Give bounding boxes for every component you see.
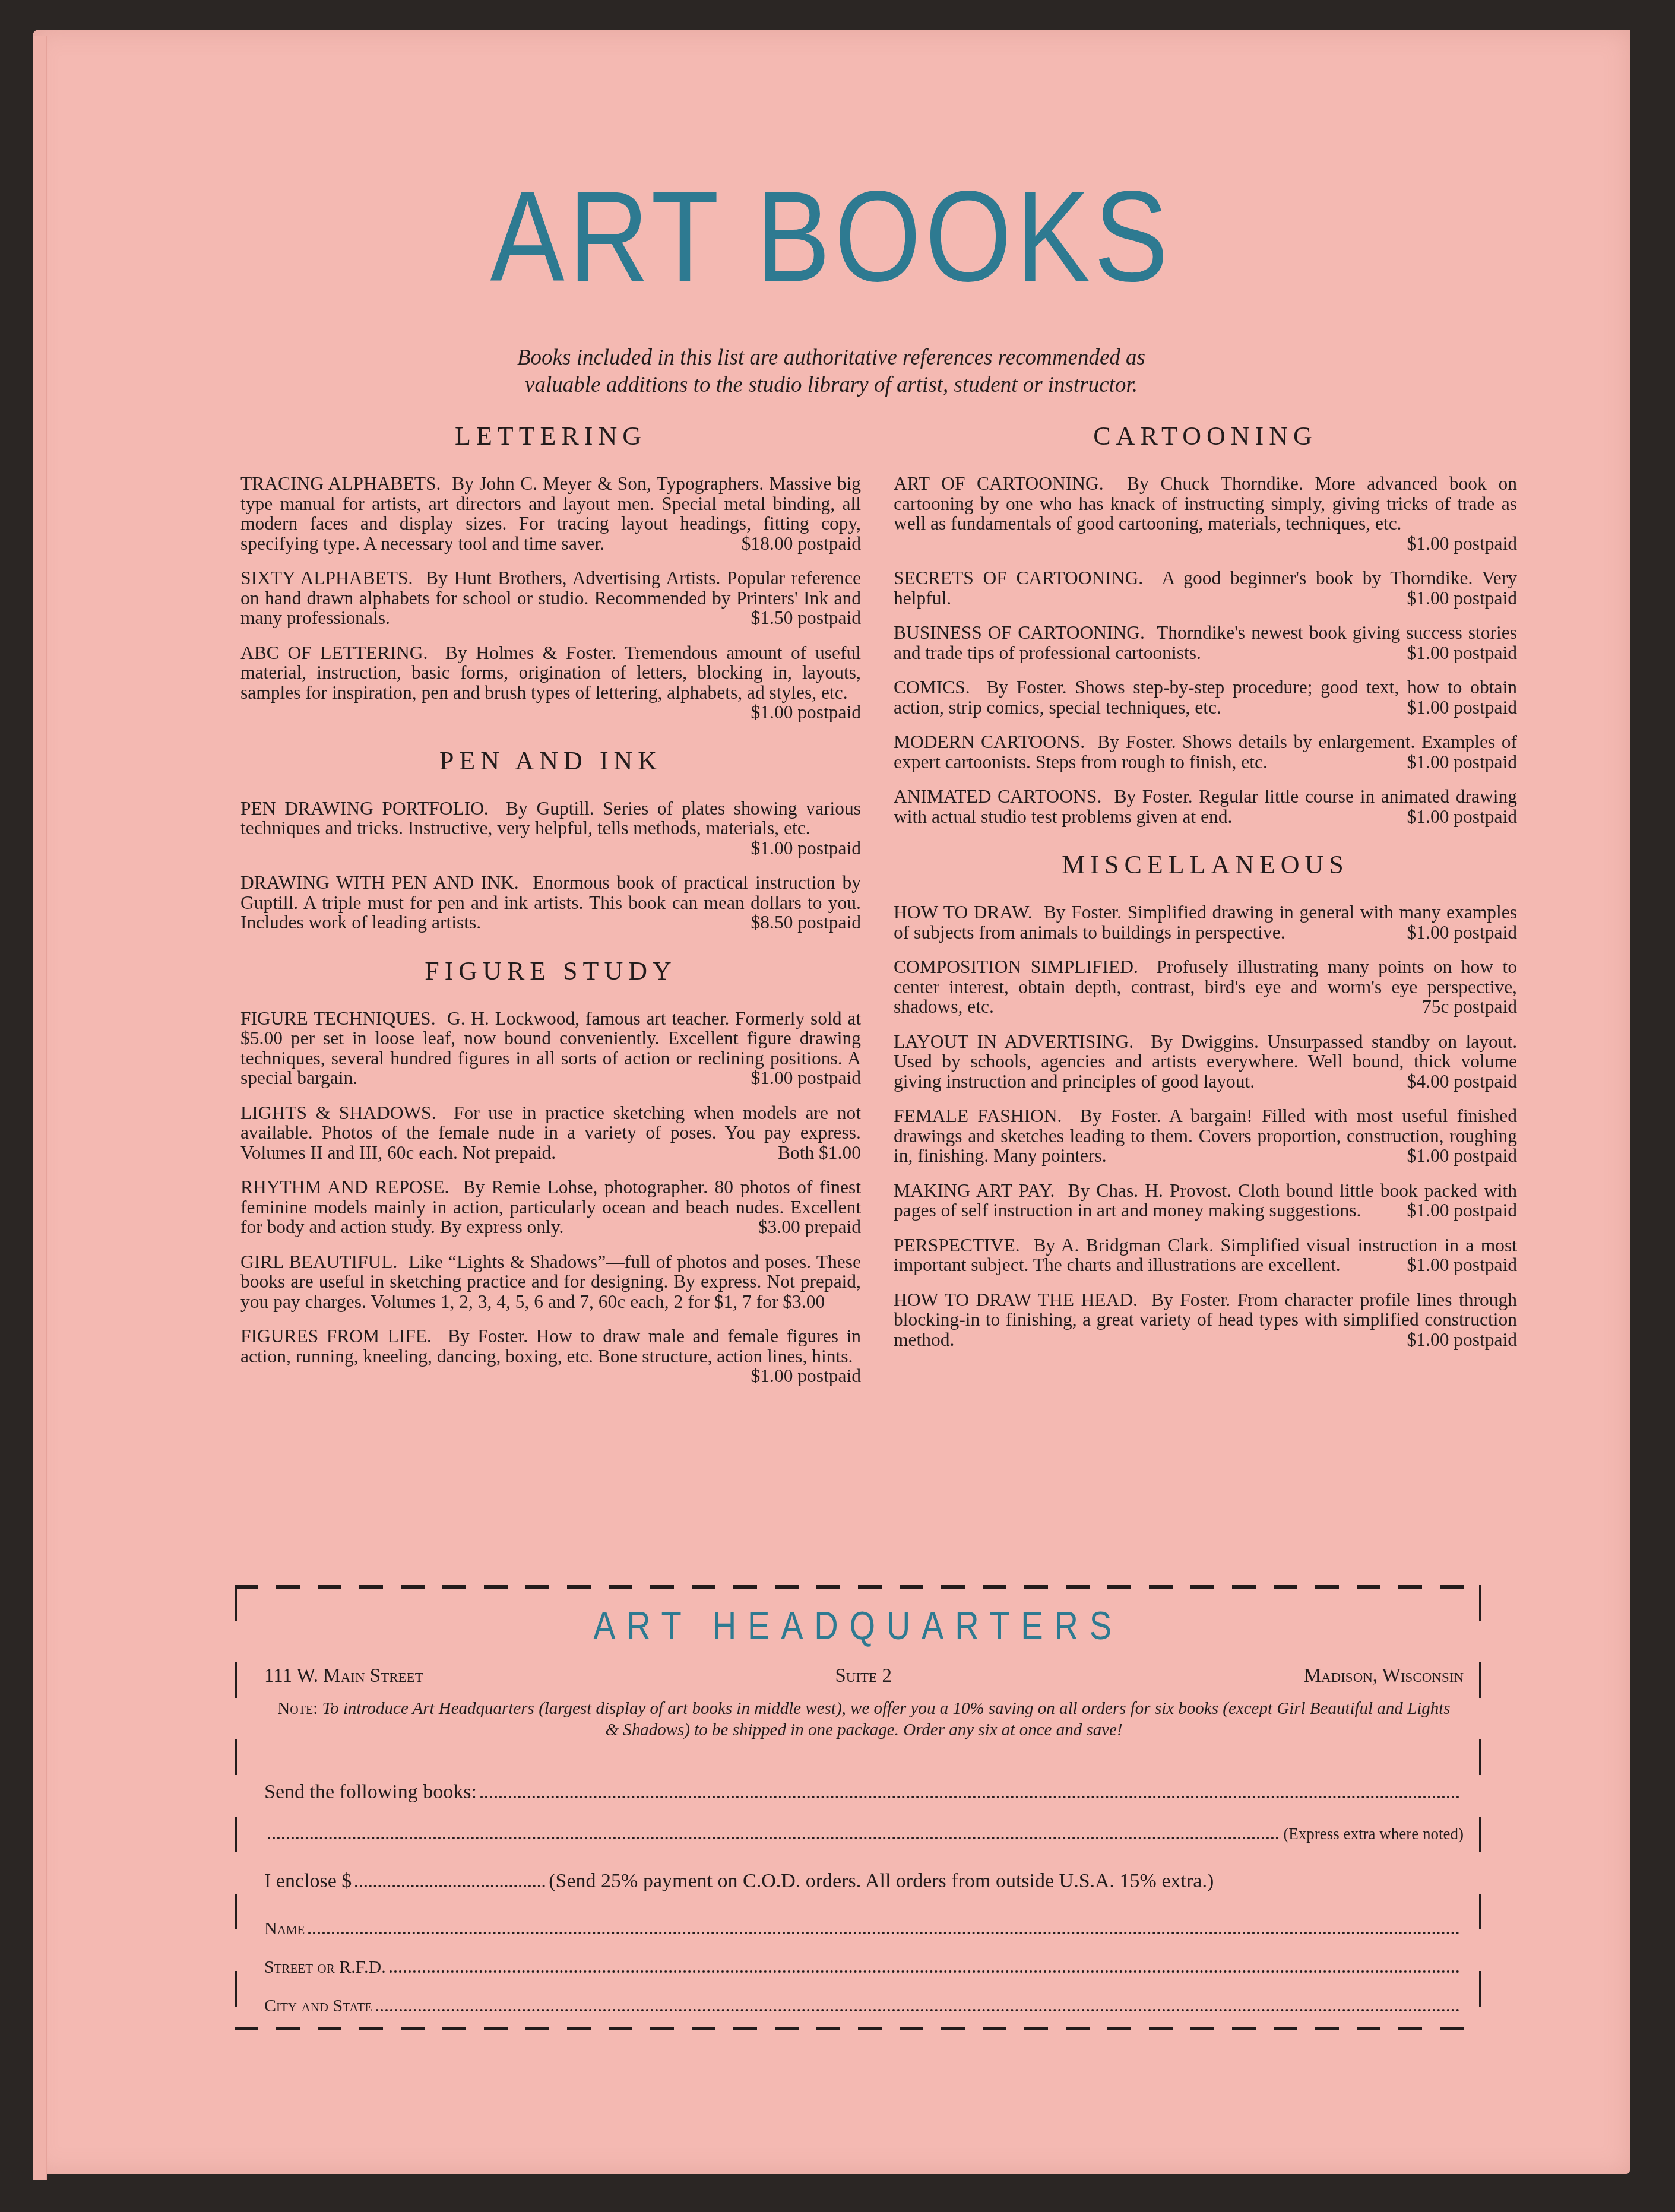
enclose-note: (Send 25% payment on C.O.D. orders. All … bbox=[549, 1870, 1214, 1893]
book-price: $1.00 postpaid bbox=[1407, 752, 1518, 772]
book-title: DRAWING WITH PEN AND INK. bbox=[240, 872, 519, 893]
order-form: ART HEADQUARTERS 111 W. Main Street Suit… bbox=[235, 1585, 1481, 2030]
company-name: ART HEADQUARTERS bbox=[328, 1603, 1388, 1648]
book-price: 75c postpaid bbox=[1422, 997, 1517, 1017]
address-city: Madison, Wisconsin bbox=[1304, 1665, 1464, 1687]
books-row-2: (Express extra where noted) bbox=[264, 1823, 1464, 1843]
book-title: PERSPECTIVE. bbox=[894, 1235, 1020, 1256]
book-price: $1.00 postpaid bbox=[1407, 588, 1518, 609]
catalog-page: ART BOOKS Books included in this list ar… bbox=[33, 30, 1630, 2174]
book-price: $1.00 postpaid bbox=[1407, 1255, 1518, 1275]
book-price: $1.00 postpaid bbox=[1407, 807, 1518, 827]
book-entry: HOW TO DRAW THE HEAD. By Foster. From ch… bbox=[894, 1290, 1517, 1350]
book-price: Both $1.00 bbox=[778, 1143, 861, 1163]
book-price: $1.00 postpaid bbox=[1407, 923, 1518, 943]
book-price: $1.00 postpaid bbox=[1407, 698, 1518, 718]
book-price: $18.00 postpaid bbox=[742, 534, 861, 554]
book-entry: LAYOUT IN ADVERTISING. By Dwiggins. Unsu… bbox=[894, 1032, 1517, 1092]
book-entry: FIGURE TECHNIQUES. G. H. Lockwood, famou… bbox=[240, 1009, 861, 1088]
intro-text: Books included in this list are authorit… bbox=[33, 344, 1630, 399]
book-title: ABC OF LETTERING. bbox=[240, 642, 428, 663]
book-title: GIRL BEAUTIFUL. bbox=[240, 1251, 397, 1272]
book-title: ART OF CARTOONING. bbox=[894, 473, 1104, 494]
book-price: $1.00 postpaid bbox=[1407, 534, 1518, 554]
book-title: LIGHTS & SHADOWS. bbox=[240, 1102, 436, 1123]
book-entry: MAKING ART PAY. By Chas. H. Provost. Clo… bbox=[894, 1181, 1517, 1221]
book-price: $1.00 postpaid bbox=[751, 838, 862, 858]
enclose-amount-field[interactable] bbox=[355, 1871, 545, 1887]
express-note: (Express extra where noted) bbox=[1283, 1825, 1464, 1843]
discount-note: Note: To introduce Art Headquarters (lar… bbox=[270, 1698, 1458, 1741]
book-title: COMPOSITION SIMPLIFIED. bbox=[894, 956, 1138, 977]
cut-line-left bbox=[235, 1585, 237, 2030]
book-entry: GIRL BEAUTIFUL. Like “Lights & Shadows”—… bbox=[240, 1252, 861, 1312]
book-entry: SECRETS OF CARTOONING. A good beginner's… bbox=[894, 568, 1517, 608]
left-column: LETTERINGTRACING ALPHABETS. By John C. M… bbox=[240, 422, 861, 1401]
books-field-2[interactable] bbox=[268, 1823, 1280, 1839]
books-row: Send the following books: bbox=[264, 1781, 1464, 1804]
street-field[interactable] bbox=[390, 1956, 1460, 1973]
book-title: MAKING ART PAY. bbox=[894, 1180, 1055, 1201]
book-title: LAYOUT IN ADVERTISING. bbox=[894, 1031, 1133, 1052]
book-entry: HOW TO DRAW. By Foster. Simplified drawi… bbox=[894, 902, 1517, 942]
book-price: $4.00 postpaid bbox=[1407, 1072, 1518, 1092]
book-price: $1.00 postpaid bbox=[1407, 1200, 1518, 1221]
book-title: COMICS. bbox=[894, 677, 970, 698]
book-entry: DRAWING WITH PEN AND INK. Enormous book … bbox=[240, 873, 861, 933]
enclose-label: I enclose $ bbox=[264, 1870, 352, 1893]
book-entry: TRACING ALPHABETS. By John C. Meyer & So… bbox=[240, 474, 861, 553]
book-title: BUSINESS OF CARTOONING. bbox=[894, 622, 1145, 643]
page-title: ART BOOKS bbox=[144, 172, 1518, 302]
book-price: $1.00 postpaid bbox=[1407, 1146, 1518, 1166]
book-entry: COMICS. By Foster. Shows step-by-step pr… bbox=[894, 677, 1517, 717]
book-price: $1.00 postpaid bbox=[751, 1366, 862, 1386]
address-suite: Suite 2 bbox=[835, 1665, 891, 1687]
book-entry: ART OF CARTOONING. By Chuck Thorndike. M… bbox=[894, 474, 1517, 553]
city-row: City and State bbox=[264, 1995, 1464, 2016]
book-price: $1.00 postpaid bbox=[1407, 1330, 1518, 1350]
book-price: $3.00 prepaid bbox=[758, 1217, 861, 1237]
book-title: HOW TO DRAW. bbox=[894, 902, 1033, 923]
cut-line-right bbox=[1479, 1585, 1481, 2030]
section-heading: FIGURE STUDY bbox=[240, 956, 861, 986]
book-title: PEN DRAWING PORTFOLIO. bbox=[240, 798, 489, 819]
name-field[interactable] bbox=[308, 1918, 1460, 1934]
book-entry: PERSPECTIVE. By A. Bridgman Clark. Simpl… bbox=[894, 1235, 1517, 1275]
books-field[interactable] bbox=[480, 1782, 1460, 1798]
book-entry: MODERN CARTOONS. By Foster. Shows detail… bbox=[894, 732, 1517, 772]
book-entry: LIGHTS & SHADOWS. For use in practice sk… bbox=[240, 1103, 861, 1163]
book-entry: SIXTY ALPHABETS. By Hunt Brothers, Adver… bbox=[240, 568, 861, 628]
cut-line-top bbox=[235, 1585, 1481, 1589]
section-heading: PEN AND INK bbox=[240, 746, 861, 776]
book-title: SECRETS OF CARTOONING. bbox=[894, 568, 1143, 588]
book-price: $1.00 postpaid bbox=[1407, 643, 1518, 663]
street-row: Street or R.F.D. bbox=[264, 1956, 1464, 1978]
name-row: Name bbox=[264, 1918, 1464, 1939]
book-entry: PEN DRAWING PORTFOLIO. By Guptill. Serie… bbox=[240, 798, 861, 858]
section-heading: MISCELLANEOUS bbox=[894, 850, 1517, 880]
street-label: Street or R.F.D. bbox=[264, 1957, 386, 1978]
book-title: HOW TO DRAW THE HEAD. bbox=[894, 1289, 1138, 1310]
book-entry: BUSINESS OF CARTOONING. Thorndike's newe… bbox=[894, 623, 1517, 663]
book-price: $8.50 postpaid bbox=[751, 912, 862, 933]
company-address: 111 W. Main Street Suite 2 Madison, Wisc… bbox=[264, 1665, 1464, 1687]
name-label: Name bbox=[264, 1919, 305, 1939]
book-price: $1.00 postpaid bbox=[751, 1068, 862, 1088]
book-entry: ANIMATED CARTOONS. By Foster. Regular li… bbox=[894, 787, 1517, 826]
book-title: RHYTHM AND REPOSE. bbox=[240, 1177, 449, 1197]
book-title: SIXTY ALPHABETS. bbox=[240, 568, 413, 588]
book-entry: COMPOSITION SIMPLIFIED. Profusely illust… bbox=[894, 957, 1517, 1017]
book-entry: ABC OF LETTERING. By Holmes & Foster. Tr… bbox=[240, 643, 861, 722]
city-field[interactable] bbox=[376, 1995, 1460, 2011]
section-heading: CARTOONING bbox=[894, 422, 1517, 451]
book-entry: RHYTHM AND REPOSE. By Remie Lohse, photo… bbox=[240, 1177, 861, 1237]
books-label: Send the following books: bbox=[264, 1781, 477, 1804]
book-title: FIGURES FROM LIFE. bbox=[240, 1326, 432, 1346]
book-entry: FIGURES FROM LIFE. By Foster. How to dra… bbox=[240, 1326, 861, 1386]
book-title: TRACING ALPHABETS. bbox=[240, 473, 441, 494]
book-entry: FEMALE FASHION. By Foster. A bargain! Fi… bbox=[894, 1106, 1517, 1166]
book-title: MODERN CARTOONS. bbox=[894, 731, 1085, 752]
enclose-row: I enclose $ (Send 25% payment on C.O.D. … bbox=[264, 1870, 1464, 1893]
book-title: FEMALE FASHION. bbox=[894, 1105, 1062, 1126]
city-label: City and State bbox=[264, 1996, 372, 2016]
book-title: ANIMATED CARTOONS. bbox=[894, 786, 1101, 807]
right-column: CARTOONINGART OF CARTOONING. By Chuck Th… bbox=[894, 422, 1517, 1364]
book-price: $1.50 postpaid bbox=[751, 608, 862, 628]
section-heading: LETTERING bbox=[240, 422, 861, 451]
address-street: 111 W. Main Street bbox=[264, 1665, 423, 1687]
book-title: FIGURE TECHNIQUES. bbox=[240, 1008, 436, 1029]
cut-line-bottom bbox=[235, 2027, 1481, 2030]
book-price: $1.00 postpaid bbox=[751, 702, 862, 722]
